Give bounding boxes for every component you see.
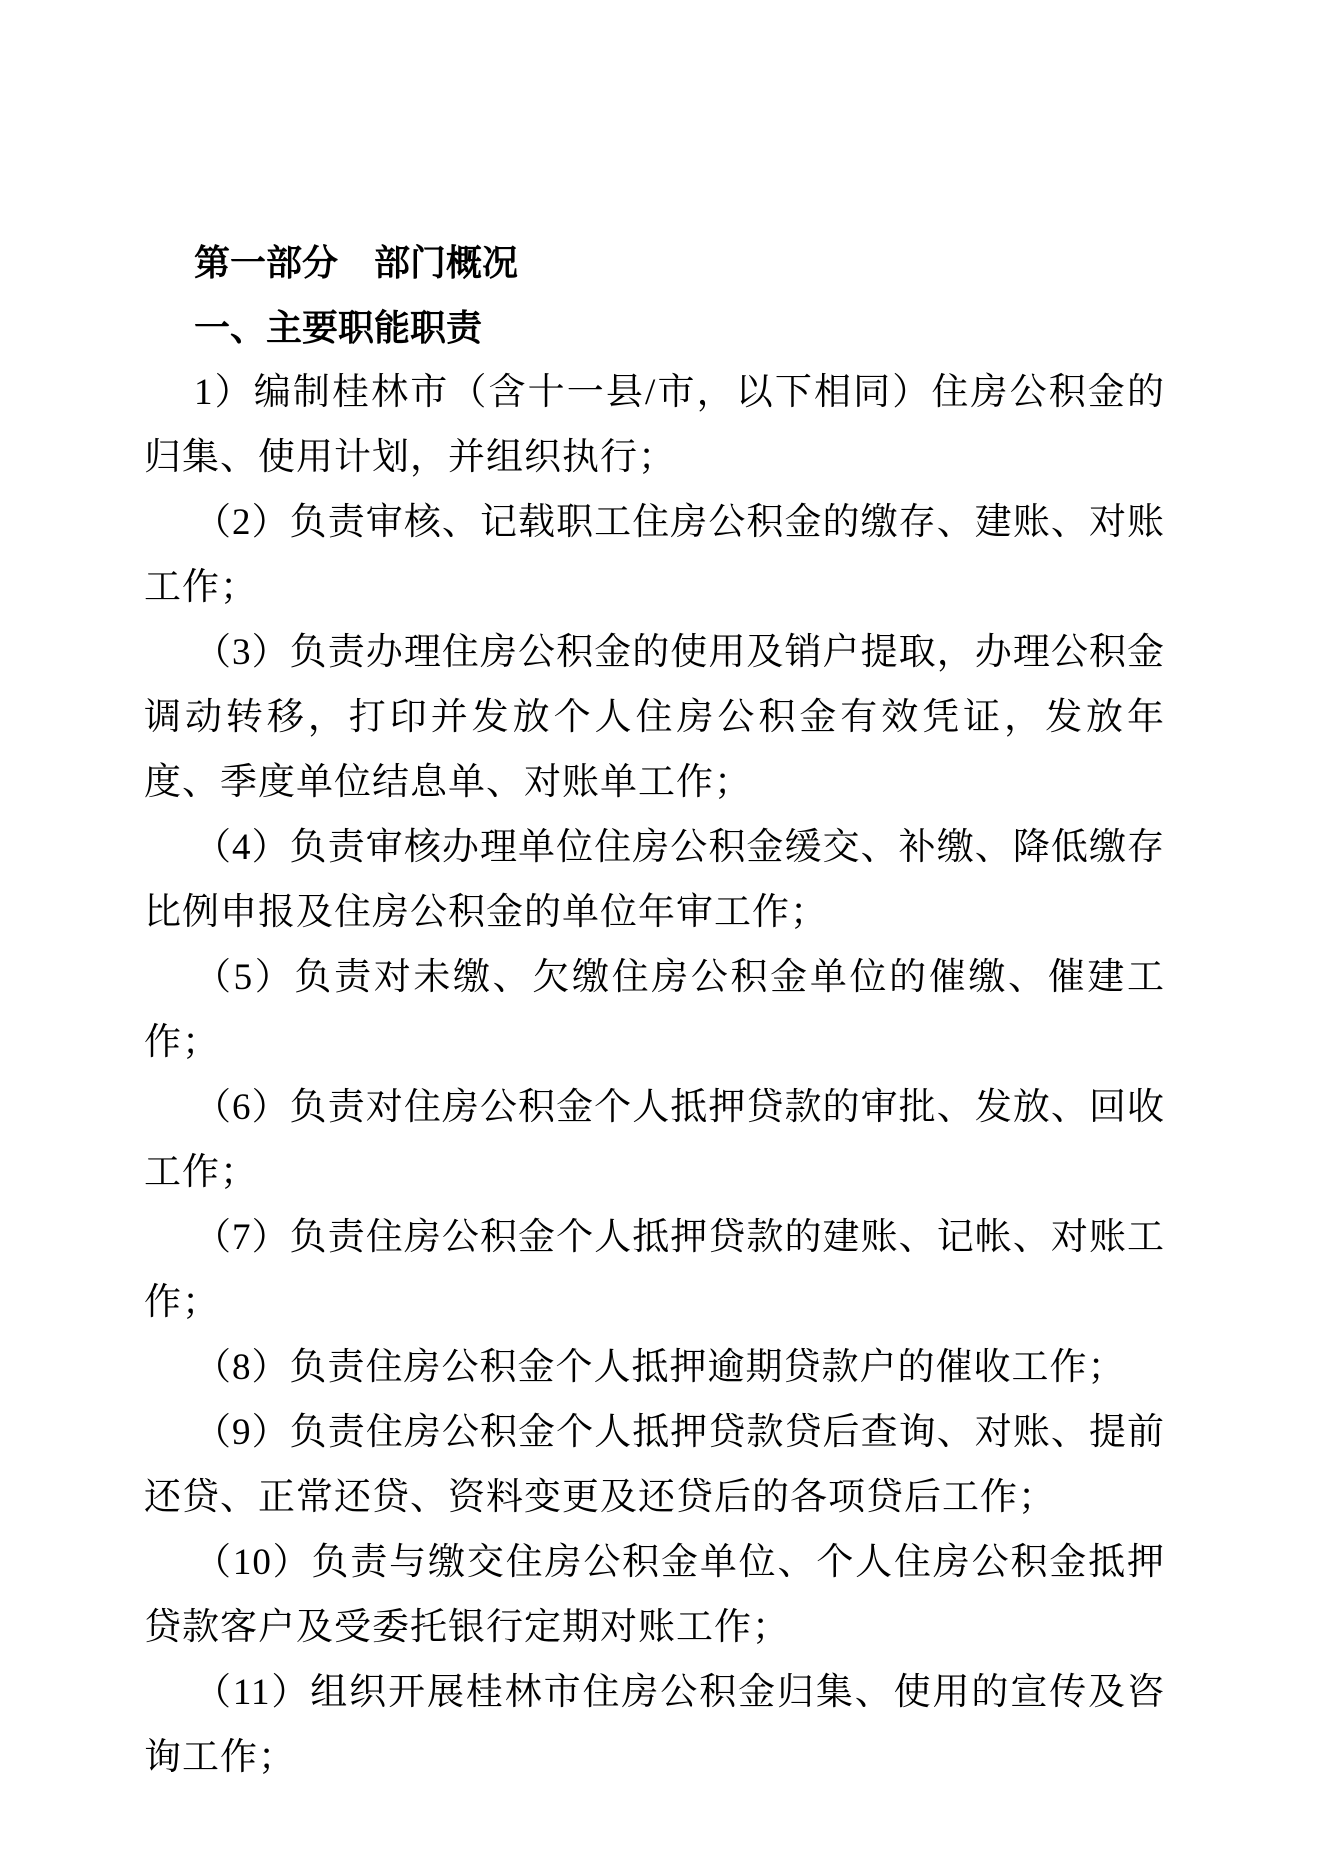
duty-paragraph-4: （4）负责审核办理单位住房公积金缓交、补缴、降低缴存比例申报及住房公积金的单位年… — [144, 815, 1165, 945]
duty-paragraph-8: （8）负责住房公积金个人抵押逾期贷款户的催收工作； — [144, 1335, 1165, 1400]
document-page: 第一部分 部门概况 一、主要职能职责 1）编制桂林市（含十一县/市，以下相同）住… — [0, 0, 1323, 1871]
section-heading: 一、主要职能职责 — [144, 295, 1165, 360]
duty-paragraph-7: （7）负责住房公积金个人抵押贷款的建账、记帐、对账工作； — [144, 1205, 1165, 1335]
duty-paragraph-3: （3）负责办理住房公积金的使用及销户提取，办理公积金调动转移，打印并发放个人住房… — [144, 620, 1165, 815]
duty-paragraph-9: （9）负责住房公积金个人抵押贷款贷后查询、对账、提前还贷、正常还贷、资料变更及还… — [144, 1400, 1165, 1530]
duty-paragraph-1: 1）编制桂林市（含十一县/市，以下相同）住房公积金的归集、使用计划，并组织执行； — [144, 360, 1165, 490]
part-heading: 第一部分 部门概况 — [144, 230, 1165, 295]
duty-paragraph-11: （11）组织开展桂林市住房公积金归集、使用的宣传及咨询工作； — [144, 1660, 1165, 1790]
duty-paragraph-10: （10）负责与缴交住房公积金单位、个人住房公积金抵押贷款客户及受委托银行定期对账… — [144, 1530, 1165, 1660]
duty-paragraph-5: （5）负责对未缴、欠缴住房公积金单位的催缴、催建工作； — [144, 945, 1165, 1075]
duty-paragraph-6: （6）负责对住房公积金个人抵押贷款的审批、发放、回收工作； — [144, 1075, 1165, 1205]
duty-paragraph-2: （2）负责审核、记载职工住房公积金的缴存、建账、对账工作； — [144, 490, 1165, 620]
